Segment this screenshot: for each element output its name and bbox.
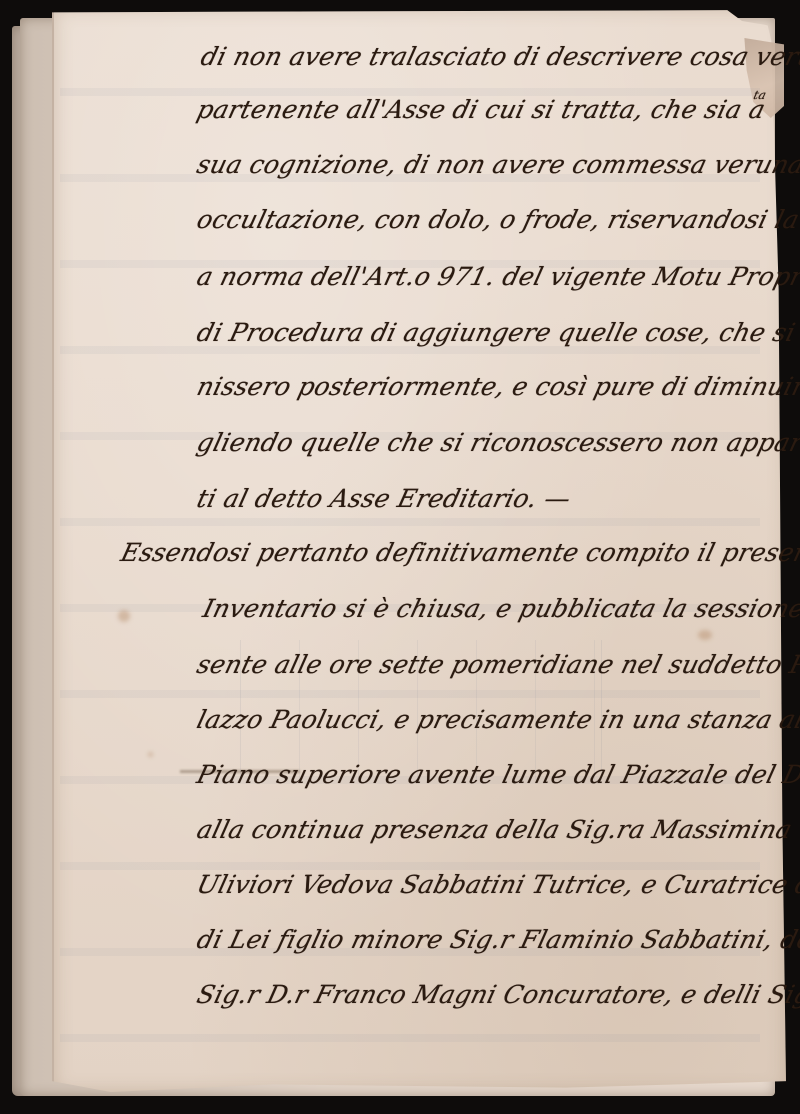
text-line: Inventario si è chiusa, e pubblicata la … — [200, 594, 800, 623]
text-line: a norma dell'Art.o 971. del vigente Motu… — [194, 262, 800, 291]
text-line: partenente all'Asse di cui si tratta, ch… — [194, 95, 768, 124]
text-line: lazzo Paolucci, e precisamente in una st… — [194, 705, 800, 734]
text-line: gliendo quelle che si riconoscessero non… — [194, 428, 800, 457]
text-line: sua cognizione, di non avere commessa ve… — [194, 150, 800, 179]
text-line: nissero posteriormente, e così pure di d… — [194, 372, 800, 401]
text-line: Uliviori Vedova Sabbatini Tutrice, e Cur… — [194, 870, 800, 899]
text-line: di non avere tralasciato di descrivere c… — [198, 42, 800, 71]
text-line: Essendosi pertanto definitivamente compi… — [118, 538, 800, 567]
text-line: sente alle ore sette pomeridiane nel sud… — [194, 650, 800, 679]
text-line: Sig.r D.r Franco Magni Concuratore, e de… — [194, 980, 800, 1009]
manuscript-text: di non avere tralasciato di descrivere c… — [0, 0, 800, 1114]
text-line: ti al detto Asse Ereditario. — — [194, 484, 574, 513]
text-line: di Lei figlio minore Sig.r Flaminio Sabb… — [194, 925, 800, 954]
text-line: Piano superiore avente lume dal Piazzale… — [194, 760, 800, 789]
text-line: di Procedura di aggiungere quelle cose, … — [194, 318, 800, 347]
text-line: occultazione, con dolo, o frode, riserva… — [194, 205, 800, 234]
text-line: alla continua presenza della Sig.ra Mass… — [194, 815, 795, 844]
